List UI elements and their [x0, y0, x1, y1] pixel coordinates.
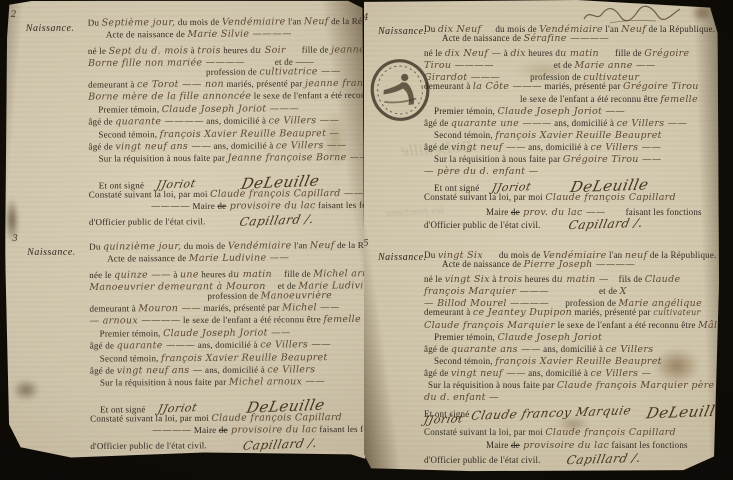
handwritten-entry: Neuf [621, 24, 646, 35]
printed-form-text: le sexe de l'enfant a été reconnu être [555, 320, 698, 330]
handwritten-entry: Claude Joseph Joriot —— [497, 106, 625, 117]
record-line: Du dix Neuf du mois de Vendémiaire l'an … [424, 20, 714, 32]
printed-form-text: le sexe de l'enfant a été reconnu être [520, 94, 660, 104]
spacer [500, 68, 530, 80]
record-line: Second témoin, françois Xavier Reuille B… [90, 350, 358, 364]
record-line: Maire de prov. du lac —— faisant les fon… [424, 203, 714, 215]
signature: Capillard /. [567, 216, 644, 231]
record-line: Et ont signé Claude francoy Marquie DeLe… [424, 405, 714, 417]
handwritten-entry: vingt neuf —— [451, 142, 526, 153]
printed-form-text: Maire [486, 440, 511, 450]
record-line: d'Officier public de l'état civil. Capil… [89, 211, 357, 225]
spacer [272, 264, 284, 276]
handwritten-entry: Grégoire Tirou [623, 81, 699, 92]
record-line: âgé de quarante ——— ans, domicilié à ce … [90, 338, 358, 352]
handwritten-entry: Michel arnoux —— [229, 376, 325, 388]
spacer [483, 246, 499, 258]
handwritten-entry: Sérafine ———— [524, 33, 610, 44]
handwritten-entry: provisoire du lac [228, 424, 317, 436]
record-line: Claude françois Marquier le sexe de l'en… [424, 319, 714, 331]
handwritten-entry: vingt neuf —— [451, 368, 526, 379]
record-line: âgé de vingt neuf —— ans, domicilié à ce… [424, 367, 714, 379]
spacer [207, 436, 243, 449]
printed-text-struck: de [511, 440, 520, 450]
handwritten-entry: cultivateur [653, 308, 700, 317]
record-line: d'Officier public de l'état civil. Capil… [90, 435, 358, 449]
printed-form-text: Acte de naissance de [107, 253, 189, 263]
printed-form-text: l'an [285, 16, 303, 26]
record-line: Second témoin, françois Xavier Reuille B… [424, 129, 714, 141]
printed-text-struck: de [217, 201, 226, 211]
printed-form-text: le sexe de l'enfant a été réconnu être [180, 314, 323, 325]
handwritten-entry: Claude françois Marquier [424, 320, 555, 331]
record-line: né le Sept du d. mois à trois heures du … [88, 40, 356, 54]
printed-form-text: Second témoin, [434, 130, 495, 140]
record-type-label: Naissance. [378, 26, 427, 37]
record-number: 4 [363, 13, 369, 23]
record-line: âgé de quarante ———— ans, domicilié à ce… [88, 114, 356, 128]
handwritten-entry: ce Villers [267, 364, 315, 375]
handwritten-entry: Septième jour, [102, 17, 176, 28]
printed-form-text: l'an [291, 240, 309, 250]
handwritten-entry: femelle [660, 94, 698, 105]
printed-form-text: Sur la réquisition à nous faite par [99, 153, 228, 164]
handwritten-entry: Claude Joseph Joriot ——— [162, 103, 299, 115]
printed-form-text: ans, domicilié à [203, 364, 268, 374]
record-line: né le dix Neuf — à dix heures du matin f… [424, 44, 714, 56]
printed-form-text: demeurant à [89, 303, 138, 313]
spacer [549, 294, 565, 306]
spacer [631, 405, 647, 417]
record-line: âgé de vingt neuf —— ans, domicilié à ce… [424, 141, 714, 153]
printed-form-text: Maire [190, 201, 217, 211]
printed-form-text: de la République. [646, 24, 715, 34]
signature: Michel arnoux [90, 449, 213, 475]
handwritten-entry: Mâle [698, 320, 723, 331]
spacer [541, 216, 569, 228]
record-type-label: Naissance. [378, 252, 427, 263]
printed-form-text: demeurant à [424, 307, 473, 317]
handwritten-entry: Claude Joseph Joriot —— [163, 327, 291, 339]
record-line: Manoeuvrier demeurant à Mouron et de Mar… [89, 276, 357, 290]
spacer [606, 203, 626, 215]
handwritten-entry: cultivatrice —— [259, 66, 340, 77]
signature: DeLeuille [559, 179, 649, 194]
signature: JJoriot [480, 181, 532, 195]
record-line: âgé de quarante une ——— ans, domicilié à… [424, 117, 714, 129]
record-line: Sur la réquisition à nous faite par Jean… [89, 151, 357, 165]
spacer [531, 179, 561, 191]
printed-form-text: ans, domicilié à [552, 118, 617, 128]
record-line: Premier témoin, Claude Joseph Joriot [424, 331, 714, 343]
handwritten-entry: ce Villers —— [260, 339, 331, 350]
record-line: ———— Maire de provisoire du lac faisant … [89, 199, 357, 213]
record-line: demeurant à la Côte ——— mariés, présenté… [424, 80, 714, 92]
handwritten-entry: Marie Ludivine —— [189, 253, 290, 265]
printed-form-text: demeurant à [424, 81, 473, 91]
printed-form-text: mariés, présenté par [542, 81, 623, 91]
spacer [609, 270, 619, 282]
handwritten-entry: ce Villers —— [276, 140, 347, 151]
printed-form-text: mariés, présenté par [572, 307, 653, 317]
handwritten-entry: quarante une ——— [451, 118, 552, 129]
spacer [286, 40, 302, 53]
record-line: Et ont signé JJoriot DeLeuille [90, 390, 358, 413]
record-line: Sur la réquisition à nous faite par Clau… [424, 379, 714, 391]
record-line: Maire de provisoire du lac faisant les f… [424, 439, 714, 451]
printed-form-text: Du [89, 241, 103, 251]
printed-form-text: du mois de [181, 241, 227, 251]
handwritten-entry: du d. enfant — [424, 392, 499, 403]
handwritten-entry: Claude françois Capillard [545, 427, 676, 438]
handwritten-entry: ce Torot —— non [137, 79, 224, 91]
signature: Capillard /. [565, 451, 642, 466]
register-page-right: DeLeuille les fonctions 4Naissance.Du di… [364, 0, 719, 473]
register-page-left: 2Naissance.Du Septième jour, du mois de … [4, 0, 366, 461]
handwritten-entry: femelle [323, 314, 361, 325]
printed-form-text: ans, domicilié à [541, 344, 606, 354]
handwritten-entry: Vendémiaire [228, 240, 292, 251]
printed-form-text: ans, domicilié à [204, 116, 269, 126]
spacer [599, 44, 615, 56]
signature: Capillard /. [241, 437, 318, 452]
signature: DeLeuille [234, 394, 326, 419]
handwritten-entry: Marie Silvie ———— [187, 29, 291, 41]
record-type-label: Naissance. [26, 23, 75, 34]
record-line: Premier témoin, Claude Joseph Joriot —— [424, 105, 714, 117]
printed-form-text: ans, domicilié à [526, 142, 591, 152]
handwritten-entry: ce Villers —— [269, 115, 340, 126]
record-line: — père du d. enfant — [424, 165, 714, 177]
printed-form-text: âgé de [424, 142, 451, 152]
record-margin: 4Naissance. [378, 21, 427, 39]
handwritten-entry: ce Villers —— [590, 142, 661, 153]
printed-form-text: Acte de naissance de [106, 29, 188, 39]
birth-record-4: 4Naissance.Du dix Neuf du mois de Vendém… [364, 20, 714, 228]
printed-form-text: Sur la réquisition à nous faite par [428, 380, 557, 390]
record-line: le sexe de l'enfant a été reconnu être f… [424, 93, 714, 105]
printed-form-text: Second témoin, [100, 353, 161, 363]
printed-form-text: profession de [207, 290, 260, 300]
record-line: Du Septième jour, du mois de Vendémiaire… [88, 15, 356, 29]
spacer [494, 56, 554, 68]
handwritten-entry: Borne mère de la fille annoncée [88, 91, 251, 103]
birth-record-5: 5Naissance.Du vingt Six du mois de Vendé… [364, 246, 714, 463]
record-margin: 2Naissance. [26, 18, 75, 36]
record-line: Du quinzième jour, du mois de Vendémiair… [89, 239, 357, 253]
signature: DeLeuille [229, 170, 321, 195]
record-number: 2 [11, 10, 17, 20]
printed-form-text: du mois de [175, 17, 221, 27]
handwritten-entry: Claude françois Marquier père [557, 380, 715, 391]
record-line: Et ont signé JJoriot DeLeuille [89, 166, 357, 189]
handwritten-entry: — père du d. enfant — [424, 166, 538, 177]
printed-form-text: mariés, présenté par [224, 78, 305, 88]
handwritten-entry: ce Villers —— [617, 118, 688, 129]
printed-form-text: Du [88, 18, 102, 28]
handwritten-entry: la Côte ——— [473, 81, 542, 92]
record-line: Second témoin, françois Xavier Reuille B… [424, 355, 714, 367]
spacer [245, 53, 275, 66]
record-line: d'Officier public de l'état civil. Capil… [424, 451, 714, 463]
handwritten-entry: Claude [645, 274, 681, 285]
handwritten-entry: françois Xavier Reuille Beaupret [495, 130, 662, 141]
record-line: né le vingt Six à trois heures du matin … [424, 270, 714, 282]
printed-form-text: ans, domicilié à [526, 368, 591, 378]
record-line: Et ont signé JJoriot DeLeuille [424, 179, 714, 191]
spacer [266, 277, 278, 289]
printed-form-text: âgé de [424, 118, 451, 128]
record-line: Sur la réquisition à nous faite par Mich… [90, 375, 358, 389]
birth-record-2: 2Naissance.Du Septième jour, du mois de … [4, 15, 357, 226]
record-margin: 5Naissance. [378, 247, 427, 265]
printed-form-text: ans, domicilié à [195, 340, 260, 350]
printed-text-struck: de [219, 425, 228, 435]
record-line: âgé de quarante ans —— ans, domicilié à … [424, 343, 714, 355]
handwritten-entry: Grégoire Tirou —— [563, 154, 662, 165]
spacer [541, 451, 567, 463]
record-line: Girardot ——— profession de cultivateur [424, 68, 714, 80]
printed-form-text: Constaté suivant la loi, par moi [424, 427, 545, 437]
printed-form-text: Second témoin, [98, 129, 159, 139]
record-line: Borne mère de la fille annoncée le sexe … [88, 89, 356, 103]
printed-form-text: Second témoin, [434, 356, 495, 366]
handwritten-entry: vingt neuf ans — [117, 365, 203, 377]
printed-form-text: âgé de [90, 365, 117, 375]
printed-form-text: ans, domicilié à [211, 140, 276, 150]
handwritten-entry: provisoire du lac [226, 200, 315, 212]
printed-form-text: Premier témoin, [434, 332, 497, 342]
printed-form-text: profession de [206, 66, 259, 76]
handwritten-entry: vingt neuf ans —— [115, 141, 211, 153]
handwritten-entry: ce Jeantey Dupipon [473, 307, 572, 318]
printed-form-text: Premier témoin, [434, 106, 497, 116]
signature: JJoriot [144, 173, 198, 196]
handwritten-entry: quarante ———— [115, 116, 204, 128]
handwritten-entry: Neuf [304, 16, 329, 27]
record-margin: 3Naissance. [27, 242, 76, 260]
spacer [481, 20, 495, 32]
handwritten-entry: quarante ——— [117, 340, 196, 351]
handwritten-entry: Vendémiaire [222, 16, 286, 27]
printed-form-text: Sur la réquisition à nous faite par [434, 154, 563, 164]
record-line: du d. enfant — [424, 391, 714, 403]
printed-form-text: d'Officier public de l'état civil. [424, 455, 541, 465]
spacer [195, 166, 231, 187]
printed-form-text: de la République. [647, 250, 716, 260]
handwritten-entry: Jeanne françoise Borne —— [227, 152, 369, 164]
handwritten-entry: Neuf [310, 240, 335, 251]
handwritten-entry: quinzième jour, [103, 241, 182, 252]
printed-form-text: d'Officier public de l'état civil. [89, 217, 206, 228]
printed-form-text: faisant les fonctions [609, 440, 688, 450]
record-type-label: Naissance. [27, 247, 76, 258]
spacer [197, 390, 237, 411]
handwritten-entry: françois Xavier Reuille Beaupret [495, 356, 662, 367]
spacer [549, 282, 599, 294]
printed-form-text: mariés, présenté par [201, 302, 282, 312]
record-line: Michel arnoux [90, 450, 358, 473]
handwritten-entry: ce Villers [606, 344, 654, 355]
printed-form-text: d'Officier public de l'état civil. [424, 220, 541, 230]
birth-record-3: 3Naissance.Du quinzième jour, du mois de… [5, 239, 358, 473]
record-line: — Billod Mourel ———— profession de Marie… [424, 294, 714, 306]
printed-form-text: Sur la réquisition à nous faite par [100, 377, 229, 388]
handwritten-entry: quarante ans —— [451, 344, 541, 355]
handwritten-entry: françois Xavier Reuille Beaupret — [160, 128, 340, 140]
handwritten-entry: provisoire du lac [520, 440, 609, 451]
handwritten-entry: françois Xavier Reuille Beaupret [161, 352, 328, 364]
handwritten-entry: Michel —— [282, 302, 340, 313]
record-line: — arnoux ———— le sexe de l'enfant a été … [90, 313, 358, 327]
printed-form-text: Premier témoin, [100, 328, 163, 338]
record-line: Sur la réquisition à nous faite par Grég… [424, 153, 714, 165]
signature: JJoriot [146, 397, 200, 420]
signature: Capillard /. [238, 213, 315, 228]
handwritten-entry: Pierre Joseph ———— [524, 259, 635, 270]
printed-form-text: âgé de [90, 341, 117, 351]
handwritten-entry: ———— [152, 425, 191, 436]
handwritten-entry: ———— [151, 201, 190, 212]
signature: DeLeuille [645, 405, 725, 420]
printed-form-text: Premier témoin, [98, 104, 161, 114]
printed-form-text: âgé de [424, 368, 451, 378]
spacer [205, 212, 239, 225]
printed-form-text: âgé de [88, 141, 115, 151]
handwritten-entry: ce Villers — [590, 368, 651, 379]
printed-form-text: âgé de [424, 344, 451, 354]
record-line: demeurant à ce Jeantey Dupipon mariés, p… [424, 306, 714, 318]
record-line: Du vingt Six du mois de Vendémiaire l'an… [424, 246, 714, 258]
handwritten-entry: Mouron —— [138, 303, 201, 314]
signature: JJoriot [423, 414, 465, 427]
printed-form-text: âgé de [88, 117, 115, 127]
record-number: 3 [12, 234, 18, 244]
printed-form-text: demeurant à [88, 79, 137, 89]
printed-form-text: Acte de naissance de [442, 259, 524, 269]
register-photo: 2Naissance.Du Septième jour, du mois de … [0, 0, 733, 480]
handwritten-entry: Manoeuvrière [261, 290, 332, 301]
printed-form-text: Maire [191, 425, 218, 435]
record-line: Constaté suivant la loi, par moi Claude … [424, 426, 714, 438]
handwritten-entry: — arnoux ———— [90, 315, 181, 327]
printed-form-text: Acte de naissance de [442, 33, 524, 43]
handwritten-entry: Claude Joseph Joriot [497, 332, 602, 343]
